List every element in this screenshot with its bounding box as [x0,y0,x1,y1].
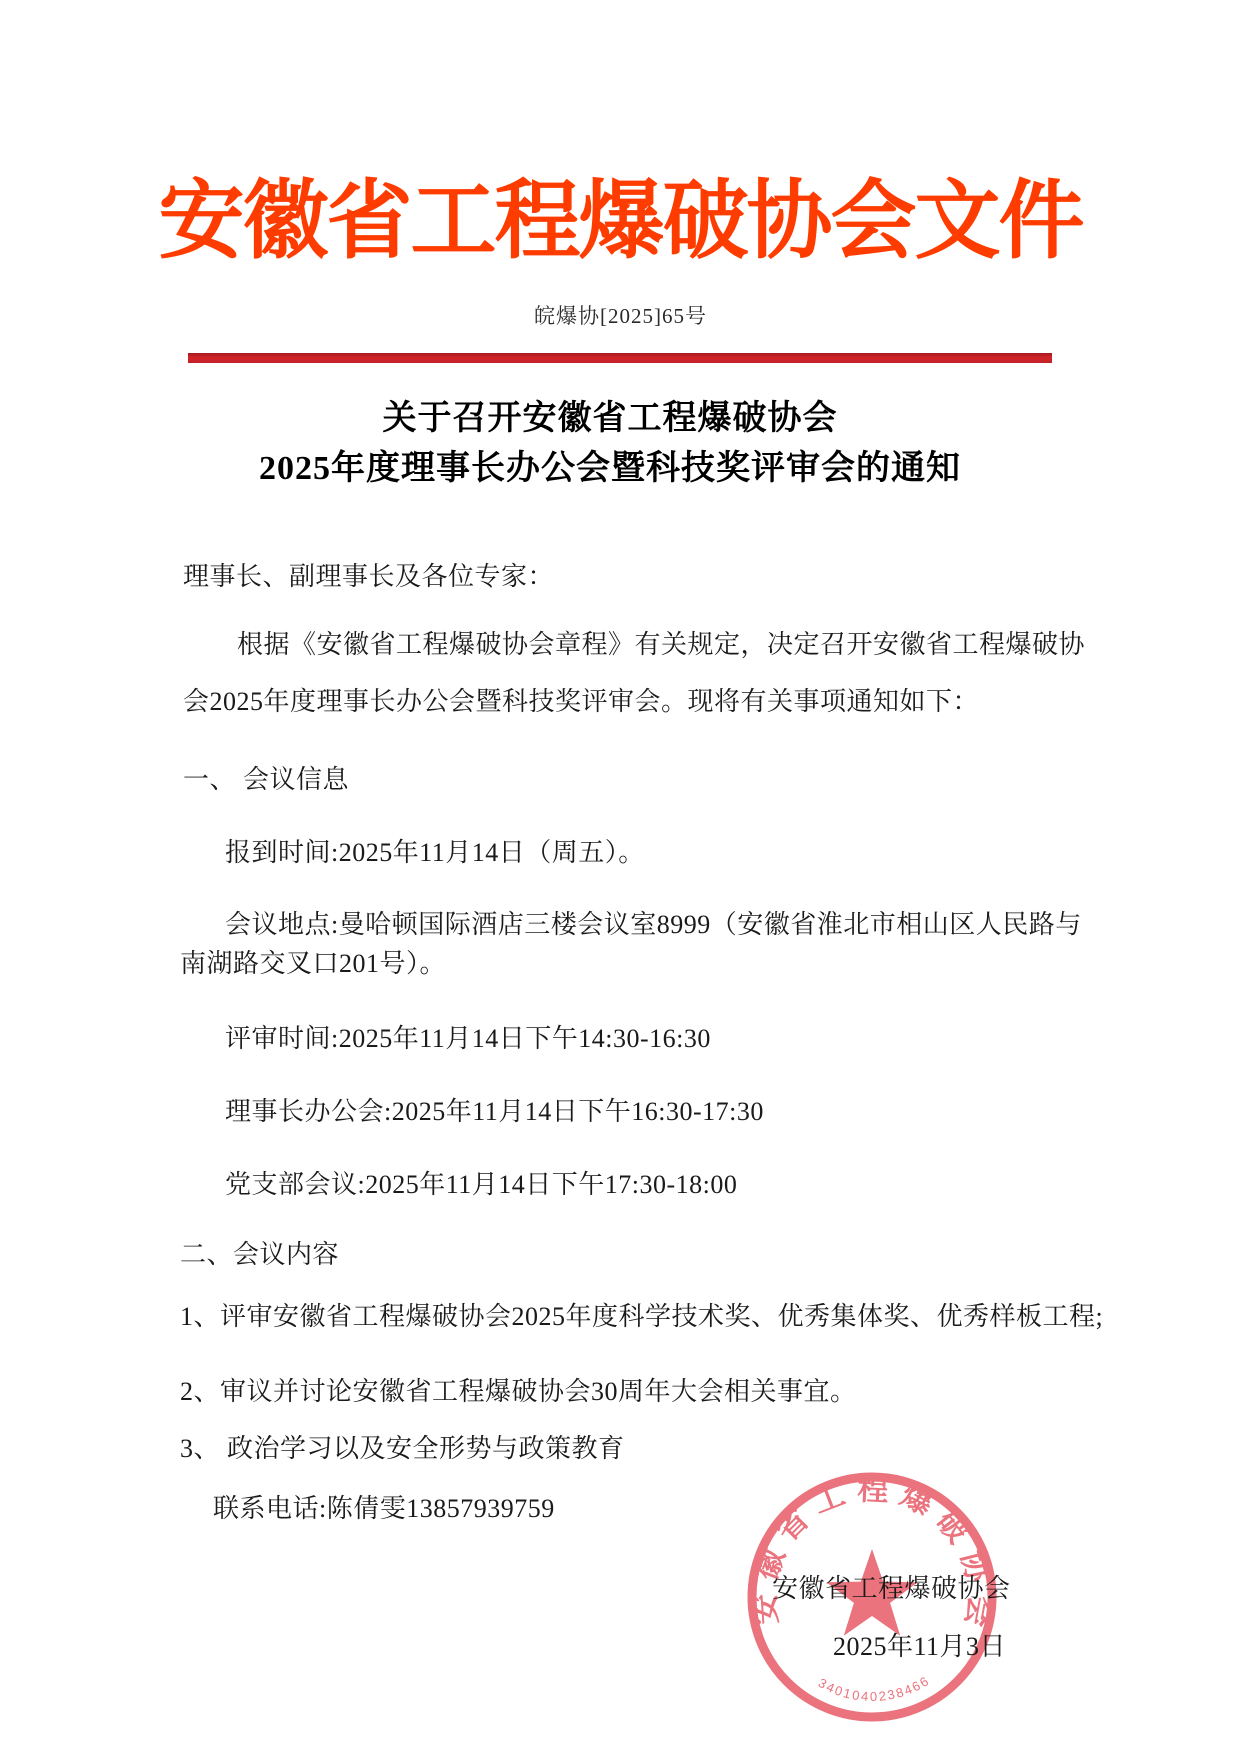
location-line-1: 会议地点:曼哈顿国际酒店三楼会议室8999（安徽省淮北市相山区人民路与 [225,910,1082,940]
salutation: 理事长、副理事长及各位专家： [183,562,554,592]
notice-title: 关于召开安徽省工程爆破协会 2025年度理事长办公会暨科技奖评审会的通知 [20,394,1200,494]
section-2-heading: 二、会议内容 [180,1240,339,1270]
review-time-line: 评审时间:2025年11月14日下午14:30-16:30 [225,1024,711,1054]
chairman-office-meeting-line: 理事长办公会:2025年11月14日下午16:30-17:30 [225,1097,764,1127]
party-branch-meeting-line: 党支部会议:2025年11月14日下午17:30-18:00 [225,1170,737,1200]
notice-title-line-1: 关于召开安徽省工程爆破协会 [20,394,1200,444]
location-line-2: 南湖路交叉口201号）。 [180,949,446,979]
notice-title-line-2: 2025年度理事长办公会暨科技奖评审会的通知 [20,444,1200,494]
section-1-heading: 一、 会议信息 [183,765,349,795]
signature-date: 2025年11月3日 [833,1632,1006,1662]
intro-paragraph-line-2: 会2025年度理事长办公会暨科技奖评审会。现将有关事项通知如下： [183,687,979,717]
checkin-time-line: 报到时间:2025年11月14日（周五）。 [225,838,645,868]
agenda-item-2: 2、审议并讨论安徽省工程爆破协会30周年大会相关事宜。 [180,1377,857,1407]
intro-paragraph-line-1: 根据《安徽省工程爆破协会章程》有关规定，决定召开安徽省工程爆破协 [183,630,1085,660]
document-page: 安徽省工程爆破协会文件 皖爆协[2025]65号 关于召开安徽省工程爆破协会 2… [0,0,1241,1755]
agenda-item-3: 3、 政治学习以及安全形势与政策教育 [180,1434,625,1464]
agenda-item-1: 1、评审安徽省工程爆破协会2025年度科学技术奖、优秀集体奖、优秀样板工程; [180,1302,1103,1332]
red-divider-rule [188,353,1052,363]
seal-serial-number: 3401040238466 [816,1673,933,1705]
signature-organization: 安徽省工程爆破协会 [772,1574,1011,1604]
contact-phone-line: 联系电话:陈倩雯13857939759 [213,1494,555,1524]
document-number: 皖爆协[2025]65号 [0,304,1241,329]
letterhead-org-title: 安徽省工程爆破协会文件 [0,176,1241,266]
